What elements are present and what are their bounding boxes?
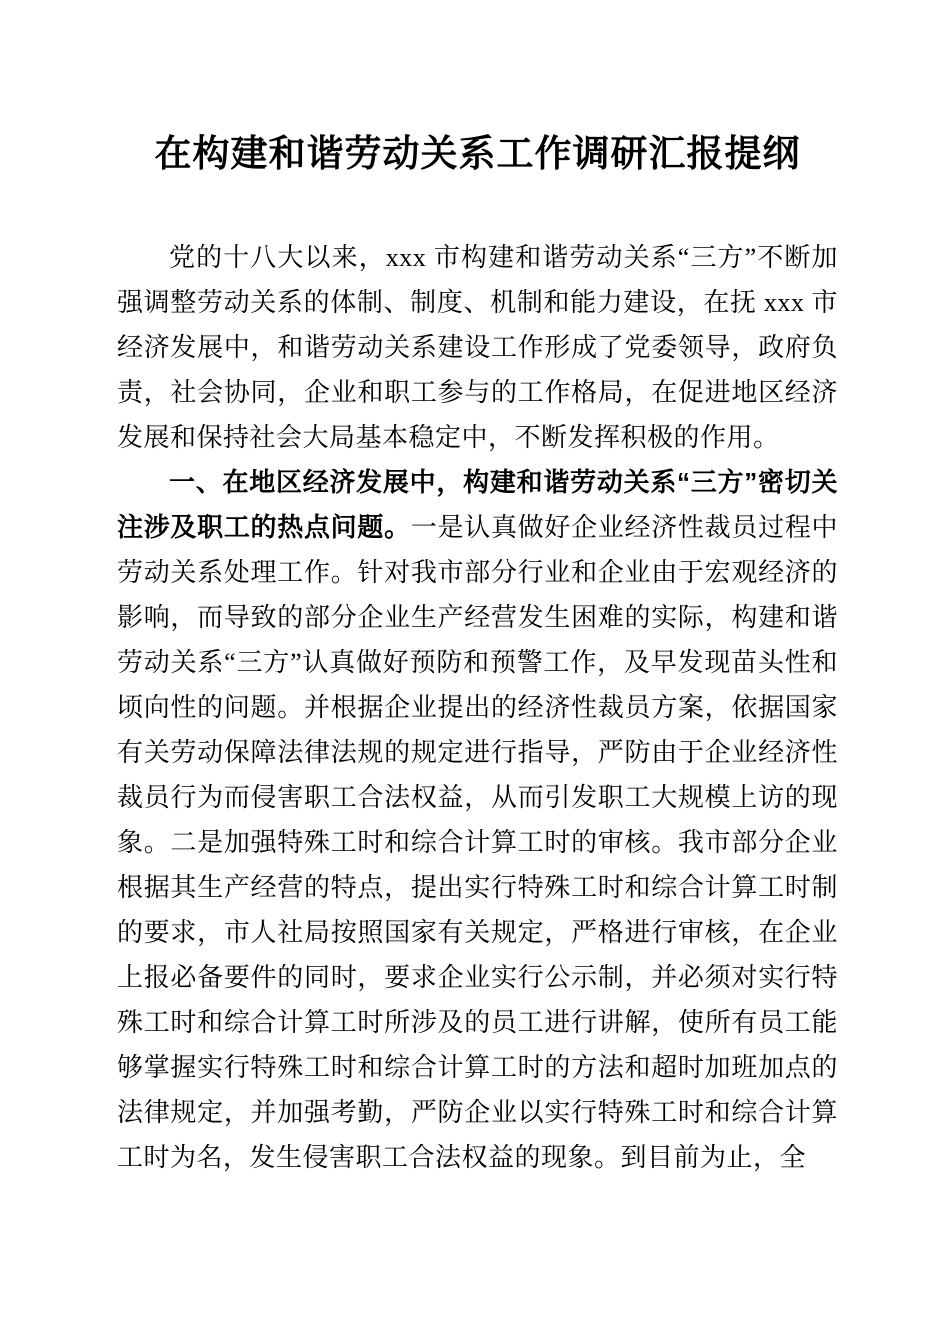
paragraph-intro-text: 党的十八大以来，xxx 市构建和谐劳动关系“三方”不断加强调整劳动关系的体制、制… (117, 243, 838, 452)
document-page: 在构建和谐劳动关系工作调研汇报提纲 党的十八大以来，xxx 市构建和谐劳动关系“… (0, 0, 950, 1344)
section-1-text: 一是认真做好企业经济性裁员过程中劳动关系处理工作。针对我市部分行业和企业由于宏观… (117, 513, 838, 1172)
paragraph-section-1: 一、在地区经济发展中，构建和谐劳动关系“三方”密切关注涉及职工的热点问题。一是认… (117, 460, 838, 1180)
document-title: 在构建和谐劳动关系工作调研汇报提纲 (117, 125, 838, 185)
paragraph-intro: 党的十八大以来，xxx 市构建和谐劳动关系“三方”不断加强调整劳动关系的体制、制… (117, 235, 838, 460)
